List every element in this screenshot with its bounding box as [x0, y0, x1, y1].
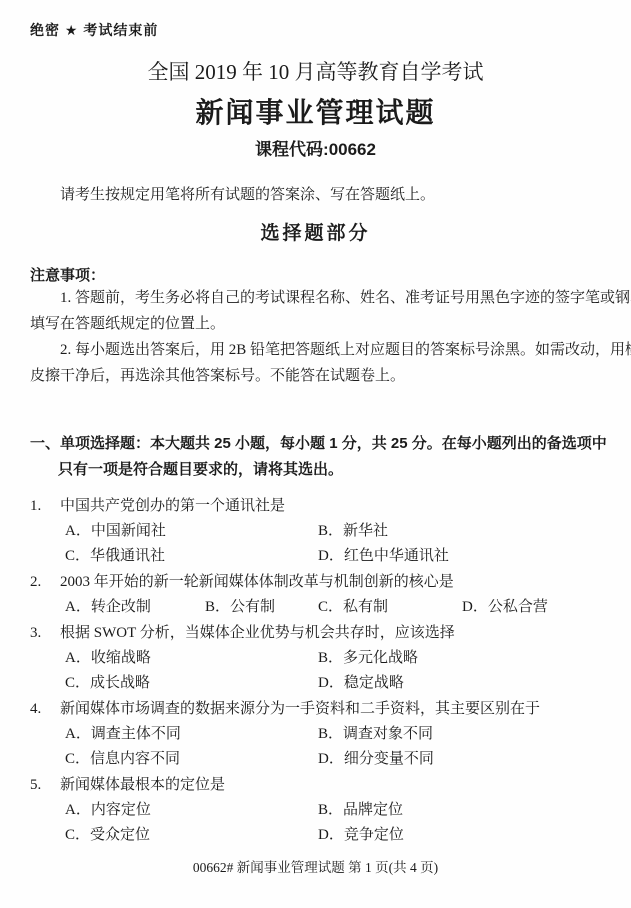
- question-2: 2. 2003 年开始的新一轮新闻媒体体制改革与机制创新的核心是 A．转企改制 …: [30, 570, 601, 620]
- question-5-stem-row: 5. 新闻媒体最根本的定位是: [30, 773, 601, 798]
- question-2-stem: 2003 年开始的新一轮新闻媒体体制改革与机制创新的核心是: [60, 570, 454, 595]
- question-2-option-c: C．私有制: [318, 595, 462, 620]
- question-2-options: A．转企改制 B．公有制 C．私有制 D．公私合营: [65, 595, 601, 620]
- notes-heading: 注意事项：: [30, 264, 601, 285]
- question-1-stem-row: 1. 中国共产党创办的第一个通讯社是: [30, 494, 601, 519]
- exam-paper-page: 绝密 ★ 考试结束前 全国 2019 年 10 月高等教育自学考试 新闻事业管理…: [0, 0, 631, 908]
- part-one-heading-line-2: 只有一项是符合题目要求的，请将其选出。: [30, 457, 601, 483]
- question-3-number: 3.: [30, 621, 60, 646]
- part-one-heading-line-1: 一、单项选择题：本大题共 25 小题，每小题 1 分，共 25 分。在每小题列出…: [30, 431, 601, 457]
- paper-title: 新闻事业管理试题: [30, 91, 601, 131]
- question-2-option-d: D．公私合营: [462, 595, 601, 620]
- notes-block: 1. 答题前，考生务必将自己的考试课程名称、姓名、准考证号用黑色字迹的签字笔或钢…: [30, 285, 601, 389]
- question-4-option-a: A．调查主体不同: [65, 722, 318, 747]
- note-1-line-2: 填写在答题纸规定的位置上。: [30, 311, 601, 337]
- question-3-stem: 根据 SWOT 分析，当媒体企业优势与机会共存时，应该选择: [60, 621, 455, 646]
- question-3-option-b: B．多元化战略: [318, 646, 601, 671]
- question-4-options: A．调查主体不同 B．调查对象不同 C．信息内容不同 D．细分变量不同: [65, 722, 601, 772]
- question-4-option-b: B．调查对象不同: [318, 722, 601, 747]
- question-1-option-c: C．华俄通讯社: [65, 544, 318, 569]
- question-1-option-a: A．中国新闻社: [65, 519, 318, 544]
- question-3-stem-row: 3. 根据 SWOT 分析，当媒体企业优势与机会共存时，应该选择: [30, 621, 601, 646]
- question-2-number: 2.: [30, 570, 60, 595]
- question-1-number: 1.: [30, 494, 60, 519]
- section-title: 选择题部分: [30, 218, 601, 245]
- question-5: 5. 新闻媒体最根本的定位是 A．内容定位 B．品牌定位 C．受众定位 D．竞争…: [30, 773, 601, 848]
- part-one-heading: 一、单项选择题：本大题共 25 小题，每小题 1 分，共 25 分。在每小题列出…: [30, 431, 601, 483]
- question-4-stem-row: 4. 新闻媒体市场调查的数据来源分为一手资料和二手资料，其主要区别在于: [30, 697, 601, 722]
- question-5-option-b: B．品牌定位: [318, 798, 601, 823]
- question-5-stem: 新闻媒体最根本的定位是: [60, 773, 225, 798]
- question-5-number: 5.: [30, 773, 60, 798]
- question-4-stem: 新闻媒体市场调查的数据来源分为一手资料和二手资料，其主要区别在于: [60, 697, 540, 722]
- questions-list: 1. 中国共产党创办的第一个通讯社是 A．中国新闻社 B．新华社 C．华俄通讯社…: [30, 494, 601, 848]
- course-code: 课程代码:00662: [30, 135, 601, 160]
- question-4-option-c: C．信息内容不同: [65, 747, 318, 772]
- question-2-option-b: B．公有制: [205, 595, 318, 620]
- question-1-stem: 中国共产党创办的第一个通讯社是: [60, 494, 285, 519]
- question-1-options: A．中国新闻社 B．新华社 C．华俄通讯社 D．红色中华通讯社: [65, 519, 601, 569]
- question-2-option-a: A．转企改制: [65, 595, 205, 620]
- question-3-options: A．收缩战略 B．多元化战略 C．成长战略 D．稳定战略: [65, 646, 601, 696]
- question-5-option-a: A．内容定位: [65, 798, 318, 823]
- exam-title: 全国 2019 年 10 月高等教育自学考试: [30, 56, 601, 86]
- question-5-option-d: D．竞争定位: [318, 823, 601, 848]
- question-2-stem-row: 2. 2003 年开始的新一轮新闻媒体体制改革与机制创新的核心是: [30, 570, 601, 595]
- question-3: 3. 根据 SWOT 分析，当媒体企业优势与机会共存时，应该选择 A．收缩战略 …: [30, 621, 601, 696]
- question-1: 1. 中国共产党创办的第一个通讯社是 A．中国新闻社 B．新华社 C．华俄通讯社…: [30, 494, 601, 569]
- question-1-option-d: D．红色中华通讯社: [318, 544, 601, 569]
- question-4-option-d: D．细分变量不同: [318, 747, 601, 772]
- question-3-option-a: A．收缩战略: [65, 646, 318, 671]
- question-1-option-b: B．新华社: [318, 519, 601, 544]
- question-5-options: A．内容定位 B．品牌定位 C．受众定位 D．竞争定位: [65, 798, 601, 848]
- question-3-option-d: D．稳定战略: [318, 671, 601, 696]
- note-2-line-2: 皮擦干净后，再选涂其他答案标号。不能答在试题卷上。: [30, 363, 601, 389]
- question-5-option-c: C．受众定位: [65, 823, 318, 848]
- classification-banner: 绝密 ★ 考试结束前: [30, 20, 601, 40]
- note-2-line-1: 2. 每小题选出答案后，用 2B 铅笔把答题纸上对应题目的答案标号涂黑。如需改动…: [30, 337, 601, 363]
- question-3-option-c: C．成长战略: [65, 671, 318, 696]
- general-instruction: 请考生按规定用笔将所有试题的答案涂、写在答题纸上。: [30, 183, 601, 204]
- note-1-line-1: 1. 答题前，考生务必将自己的考试课程名称、姓名、准考证号用黑色字迹的签字笔或钢…: [30, 285, 601, 311]
- page-footer: 00662# 新闻事业管理试题 第 1 页(共 4 页): [0, 856, 631, 876]
- question-4-number: 4.: [30, 697, 60, 722]
- question-4: 4. 新闻媒体市场调查的数据来源分为一手资料和二手资料，其主要区别在于 A．调查…: [30, 697, 601, 772]
